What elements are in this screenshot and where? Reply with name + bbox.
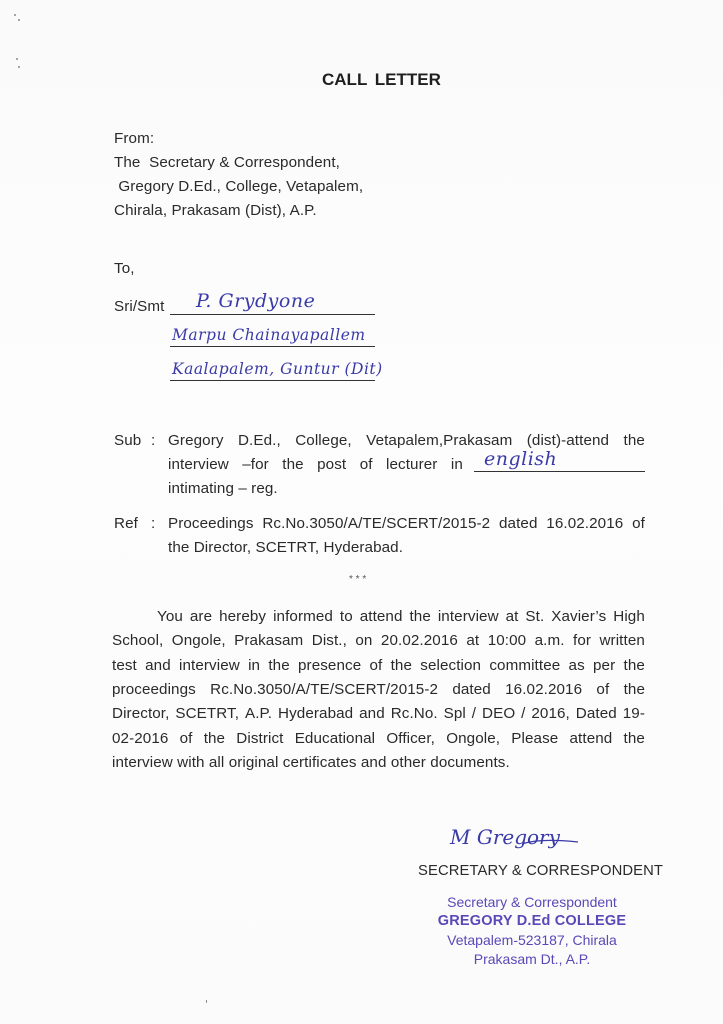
word: interview [438, 608, 499, 625]
scan-speck [14, 14, 16, 16]
stamp-line-4: Prakasam Dt., A.P. [432, 951, 632, 967]
reference-line-2: the Director, SCETRT, Hyderabad. [168, 539, 403, 556]
word: College, [295, 432, 352, 449]
word: hereby [219, 608, 266, 625]
body-line-6: 02-2016oftheDistrictEducationalOfficer,O… [112, 730, 645, 747]
word: the [624, 432, 645, 449]
word: Director, [112, 705, 169, 722]
body-line-5: Director,SCETRT,A.P.HyderabadandRc.No.Sp… [112, 705, 645, 722]
word: the [391, 657, 412, 674]
scan-speck [18, 19, 20, 21]
recipient-address-handwritten-2: Kaalapalem, Guntur (Dit) [172, 360, 383, 378]
recipient-underline [170, 346, 375, 347]
word: interview [179, 657, 240, 674]
word: the [282, 456, 303, 473]
word: Gregory [168, 432, 224, 449]
word: lecturer [386, 456, 437, 473]
document-title: CALL LETTER [322, 70, 441, 90]
body-line-4: proceedingsRc.No.3050/A/TE/SCERT/2015-2d… [112, 681, 645, 698]
word: 16.02.2016 [546, 515, 623, 532]
word: proceedings [112, 681, 196, 698]
word: Xavier’s [551, 608, 606, 625]
word: and [145, 657, 171, 674]
word: dated [452, 681, 491, 698]
body-line-3: testandinterviewinthepresenceoftheselect… [112, 657, 645, 674]
word: Please [511, 730, 558, 747]
body-line-7: interview with all original certificates… [112, 754, 510, 771]
word: of [180, 730, 193, 747]
word: Hyderabad [278, 705, 353, 722]
scan-speck [18, 66, 20, 68]
word: A.P. [245, 705, 272, 722]
word: 16.02.2016 [505, 681, 582, 698]
body-line-2: School,Ongole,PrakasamDist.,on20.02.2016… [112, 632, 645, 649]
subject-line-3: intimating – reg. [168, 480, 278, 497]
subject-handwritten: english [484, 448, 557, 470]
word: in [451, 456, 463, 473]
from-line-3: Chirala, Prakasam (Dist), A.P. [114, 202, 317, 219]
word: presence [298, 657, 361, 674]
word: a.m. [535, 632, 565, 649]
reference-label: Ref [114, 515, 138, 532]
word: D.Ed., [238, 432, 281, 449]
word: 10:00 [488, 632, 527, 649]
word: post [317, 456, 346, 473]
stamp-line-2: GREGORY D.Ed COLLEGE [432, 913, 632, 929]
word: You [157, 608, 183, 625]
word: are [190, 608, 212, 625]
word: interview [168, 456, 229, 473]
word: per [593, 657, 615, 674]
word: test [112, 657, 137, 674]
to-label: To, [114, 260, 135, 277]
word: Prakasam [234, 632, 303, 649]
word: written [599, 632, 644, 649]
word: selection [420, 657, 481, 674]
word: 20.02.2016 [381, 632, 458, 649]
recipient-name-handwritten: P. Grydyone [196, 290, 315, 312]
word: / [521, 705, 525, 722]
word: the [624, 730, 645, 747]
word: Officer, [386, 730, 435, 747]
word: Ongole, [172, 632, 226, 649]
word: Spl [444, 705, 466, 722]
word: the [268, 657, 289, 674]
word: / [472, 705, 476, 722]
document-page: CALL LETTER From: The Secretary & Corres… [0, 0, 723, 1024]
word: the [624, 681, 645, 698]
word: at [506, 608, 519, 625]
word: to [340, 608, 353, 625]
word: of [370, 657, 383, 674]
word: 2016, [531, 705, 570, 722]
word: 02-2016 [112, 730, 168, 747]
section-divider: * * * [349, 574, 366, 585]
word: for [573, 632, 591, 649]
body-line-1: Youareherebyinformedtoattendtheinterview… [157, 608, 645, 625]
recipient-address-handwritten-1: Marpu Chainayapallem [172, 326, 366, 344]
word: attend [570, 730, 613, 747]
word: on [355, 632, 372, 649]
stamp-line-3: Vetapalem-523187, Chirala [432, 932, 632, 948]
word: attend [360, 608, 403, 625]
word: Ongole, [446, 730, 500, 747]
word: St. [525, 608, 544, 625]
word: 19- [623, 705, 645, 722]
word: SCETRT, [175, 705, 239, 722]
word: Rc.No.3050/A/TE/SCERT/2015-2 [262, 515, 490, 532]
word: Dated [576, 705, 617, 722]
word: School, [112, 632, 163, 649]
word: dated [499, 515, 538, 532]
word: Rc.No.3050/A/TE/SCERT/2015-2 [210, 681, 438, 698]
reference-separator: : [151, 515, 155, 532]
subject-line-2: interview–forthepostoflecturerin [168, 456, 463, 473]
from-line-1: The Secretary & Correspondent, [114, 154, 340, 171]
word: (dist)-attend [527, 432, 609, 449]
reference-line-1: ProceedingsRc.No.3050/A/TE/SCERT/2015-2d… [168, 515, 645, 532]
word: Educational [295, 730, 375, 747]
recipient-underline [170, 314, 375, 315]
word: the [204, 730, 225, 747]
subject-underline [474, 471, 645, 472]
word: Rc.No. [391, 705, 438, 722]
from-label: From: [114, 130, 154, 147]
scan-speck [206, 1000, 207, 1003]
word: at [466, 632, 479, 649]
word: High [613, 608, 645, 625]
word: Vetapalem,Prakasam [366, 432, 512, 449]
subject-line-1: GregoryD.Ed.,College,Vetapalem,Prakasam(… [168, 432, 645, 449]
salutation-label: Sri/Smt [114, 298, 164, 315]
word: Dist., [312, 632, 347, 649]
word: as [569, 657, 585, 674]
word: District [236, 730, 283, 747]
subject-separator: : [151, 432, 155, 449]
word: informed [273, 608, 333, 625]
stamp-line-1: Secretary & Correspondent [432, 894, 632, 910]
word: –for [242, 456, 269, 473]
scan-speck [16, 58, 18, 60]
subject-label: Sub [114, 432, 141, 449]
word: and [359, 705, 385, 722]
from-line-2: Gregory D.Ed., College, Vetapalem, [114, 178, 363, 195]
word: of [596, 681, 609, 698]
word: Proceedings [168, 515, 254, 532]
word: of [360, 456, 373, 473]
recipient-underline [170, 380, 375, 381]
word: the [409, 608, 430, 625]
signatory-designation: SECRETARY & CORRESPONDENT [418, 863, 663, 879]
word: the [624, 657, 645, 674]
word: of [632, 515, 645, 532]
word: committee [489, 657, 560, 674]
word: in [248, 657, 260, 674]
signature-flourish-icon [520, 836, 580, 850]
word: DEO [482, 705, 515, 722]
